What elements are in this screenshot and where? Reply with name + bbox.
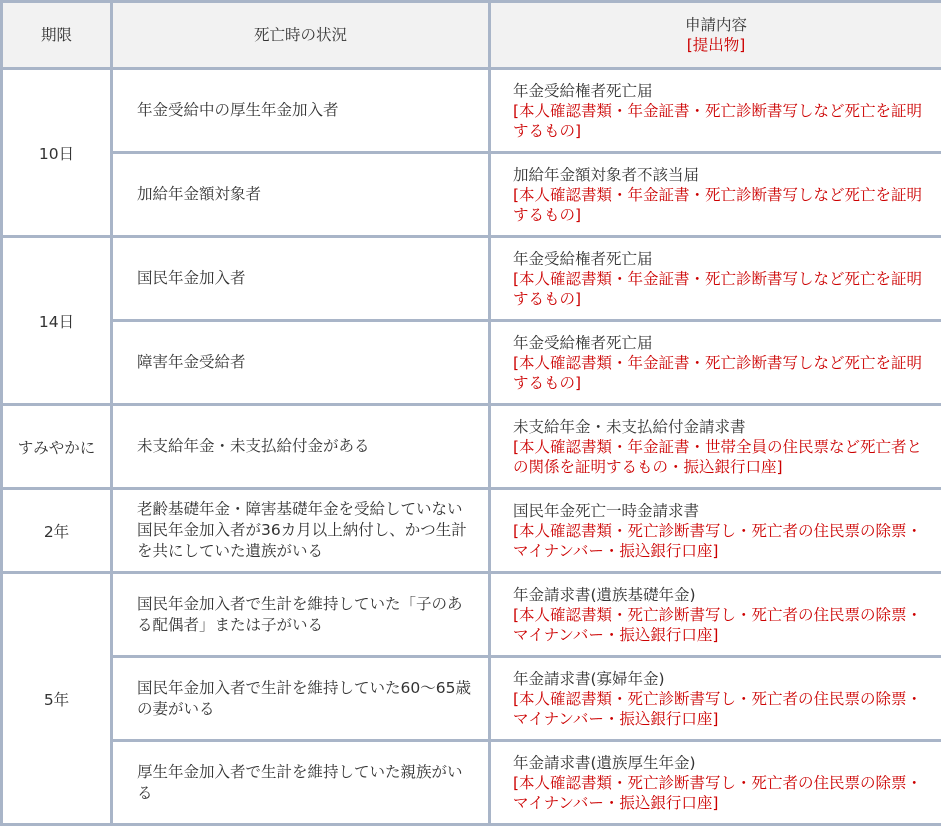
table-row: 2年 老齢基礎年金・障害基礎年金を受給していない国民年金加入者が36カ月以上納付…: [2, 489, 941, 573]
application-form: 国民年金死亡一時金請求書: [513, 501, 933, 521]
application-cell: 年金請求書(遺族厚生年金) [本人確認書類・死亡診断書写し・死亡者の住民票の除票…: [490, 741, 941, 825]
required-documents: [本人確認書類・死亡診断書写し・死亡者の住民票の除票・マイナンバー・振込銀行口座…: [513, 773, 933, 813]
header-situation: 死亡時の状況: [112, 2, 490, 69]
application-cell: 年金請求書(寡婦年金) [本人確認書類・死亡診断書写し・死亡者の住民票の除票・マ…: [490, 657, 941, 741]
situation-cell: 加給年金額対象者: [112, 153, 490, 237]
application-form: 年金請求書(遺族厚生年金): [513, 753, 933, 773]
deadline-cell: 2年: [2, 489, 112, 573]
table-row: 10日 年金受給中の厚生年金加入者 年金受給権者死亡届 [本人確認書類・年金証書…: [2, 69, 941, 153]
situation-cell: 障害年金受給者: [112, 321, 490, 405]
header-submission-label: [提出物]: [491, 35, 941, 55]
deadline-cell: すみやかに: [2, 405, 112, 489]
required-documents: [本人確認書類・年金証書・死亡診断書写しなど死亡を証明するもの]: [513, 101, 933, 141]
required-documents: [本人確認書類・死亡診断書写し・死亡者の住民票の除票・マイナンバー・振込銀行口座…: [513, 521, 933, 561]
application-cell: 年金請求書(遺族基礎年金) [本人確認書類・死亡診断書写し・死亡者の住民票の除票…: [490, 573, 941, 657]
table-row: 加給年金額対象者 加給年金額対象者不該当届 [本人確認書類・年金証書・死亡診断書…: [2, 153, 941, 237]
situation-cell: 未支給年金・未支払給付金がある: [112, 405, 490, 489]
table-row: 厚生年金加入者で生計を維持していた親族がいる 年金請求書(遺族厚生年金) [本人…: [2, 741, 941, 825]
required-documents: [本人確認書類・年金証書・死亡診断書写しなど死亡を証明するもの]: [513, 269, 933, 309]
table-row: 14日 国民年金加入者 年金受給権者死亡届 [本人確認書類・年金証書・死亡診断書…: [2, 237, 941, 321]
situation-cell: 厚生年金加入者で生計を維持していた親族がいる: [112, 741, 490, 825]
application-form: 年金請求書(寡婦年金): [513, 669, 933, 689]
table-row: 障害年金受給者 年金受給権者死亡届 [本人確認書類・年金証書・死亡診断書写しなど…: [2, 321, 941, 405]
application-cell: 年金受給権者死亡届 [本人確認書類・年金証書・死亡診断書写しなど死亡を証明するも…: [490, 69, 941, 153]
situation-cell: 老齢基礎年金・障害基礎年金を受給していない国民年金加入者が36カ月以上納付し、か…: [112, 489, 490, 573]
table-row: 5年 国民年金加入者で生計を維持していた「子のある配偶者」または子がいる 年金請…: [2, 573, 941, 657]
application-cell: 国民年金死亡一時金請求書 [本人確認書類・死亡診断書写し・死亡者の住民票の除票・…: [490, 489, 941, 573]
header-application: 申請内容 [提出物]: [490, 2, 941, 69]
application-cell: 加給年金額対象者不該当届 [本人確認書類・年金証書・死亡診断書写しなど死亡を証明…: [490, 153, 941, 237]
table-row: 国民年金加入者で生計を維持していた60〜65歳の妻がいる 年金請求書(寡婦年金)…: [2, 657, 941, 741]
required-documents: [本人確認書類・年金証書・死亡診断書写しなど死亡を証明するもの]: [513, 185, 933, 225]
required-documents: [本人確認書類・年金証書・死亡診断書写しなど死亡を証明するもの]: [513, 353, 933, 393]
required-documents: [本人確認書類・年金証書・世帯全員の住民票など死亡者との関係を証明するもの・振込…: [513, 437, 933, 477]
application-form: 加給年金額対象者不該当届: [513, 165, 933, 185]
application-cell: 未支給年金・未支払給付金請求書 [本人確認書類・年金証書・世帯全員の住民票など死…: [490, 405, 941, 489]
required-documents: [本人確認書類・死亡診断書写し・死亡者の住民票の除票・マイナンバー・振込銀行口座…: [513, 689, 933, 729]
table-row: すみやかに 未支給年金・未支払給付金がある 未支給年金・未支払給付金請求書 [本…: [2, 405, 941, 489]
deadline-cell: 14日: [2, 237, 112, 405]
situation-cell: 年金受給中の厚生年金加入者: [112, 69, 490, 153]
application-form: 年金受給権者死亡届: [513, 81, 933, 101]
deadline-cell: 5年: [2, 573, 112, 825]
application-form: 未支給年金・未支払給付金請求書: [513, 417, 933, 437]
situation-cell: 国民年金加入者: [112, 237, 490, 321]
pension-death-procedures-table: 期限 死亡時の状況 申請内容 [提出物] 10日 年金受給中の厚生年金加入者 年…: [0, 0, 941, 826]
situation-cell: 国民年金加入者で生計を維持していた60〜65歳の妻がいる: [112, 657, 490, 741]
header-deadline: 期限: [2, 2, 112, 69]
situation-cell: 国民年金加入者で生計を維持していた「子のある配偶者」または子がいる: [112, 573, 490, 657]
application-cell: 年金受給権者死亡届 [本人確認書類・年金証書・死亡診断書写しなど死亡を証明するも…: [490, 321, 941, 405]
application-form: 年金請求書(遺族基礎年金): [513, 585, 933, 605]
header-row: 期限 死亡時の状況 申請内容 [提出物]: [2, 2, 941, 69]
application-form: 年金受給権者死亡届: [513, 249, 933, 269]
deadline-cell: 10日: [2, 69, 112, 237]
application-form: 年金受給権者死亡届: [513, 333, 933, 353]
required-documents: [本人確認書類・死亡診断書写し・死亡者の住民票の除票・マイナンバー・振込銀行口座…: [513, 605, 933, 645]
application-cell: 年金受給権者死亡届 [本人確認書類・年金証書・死亡診断書写しなど死亡を証明するも…: [490, 237, 941, 321]
header-application-label: 申請内容: [491, 15, 941, 35]
